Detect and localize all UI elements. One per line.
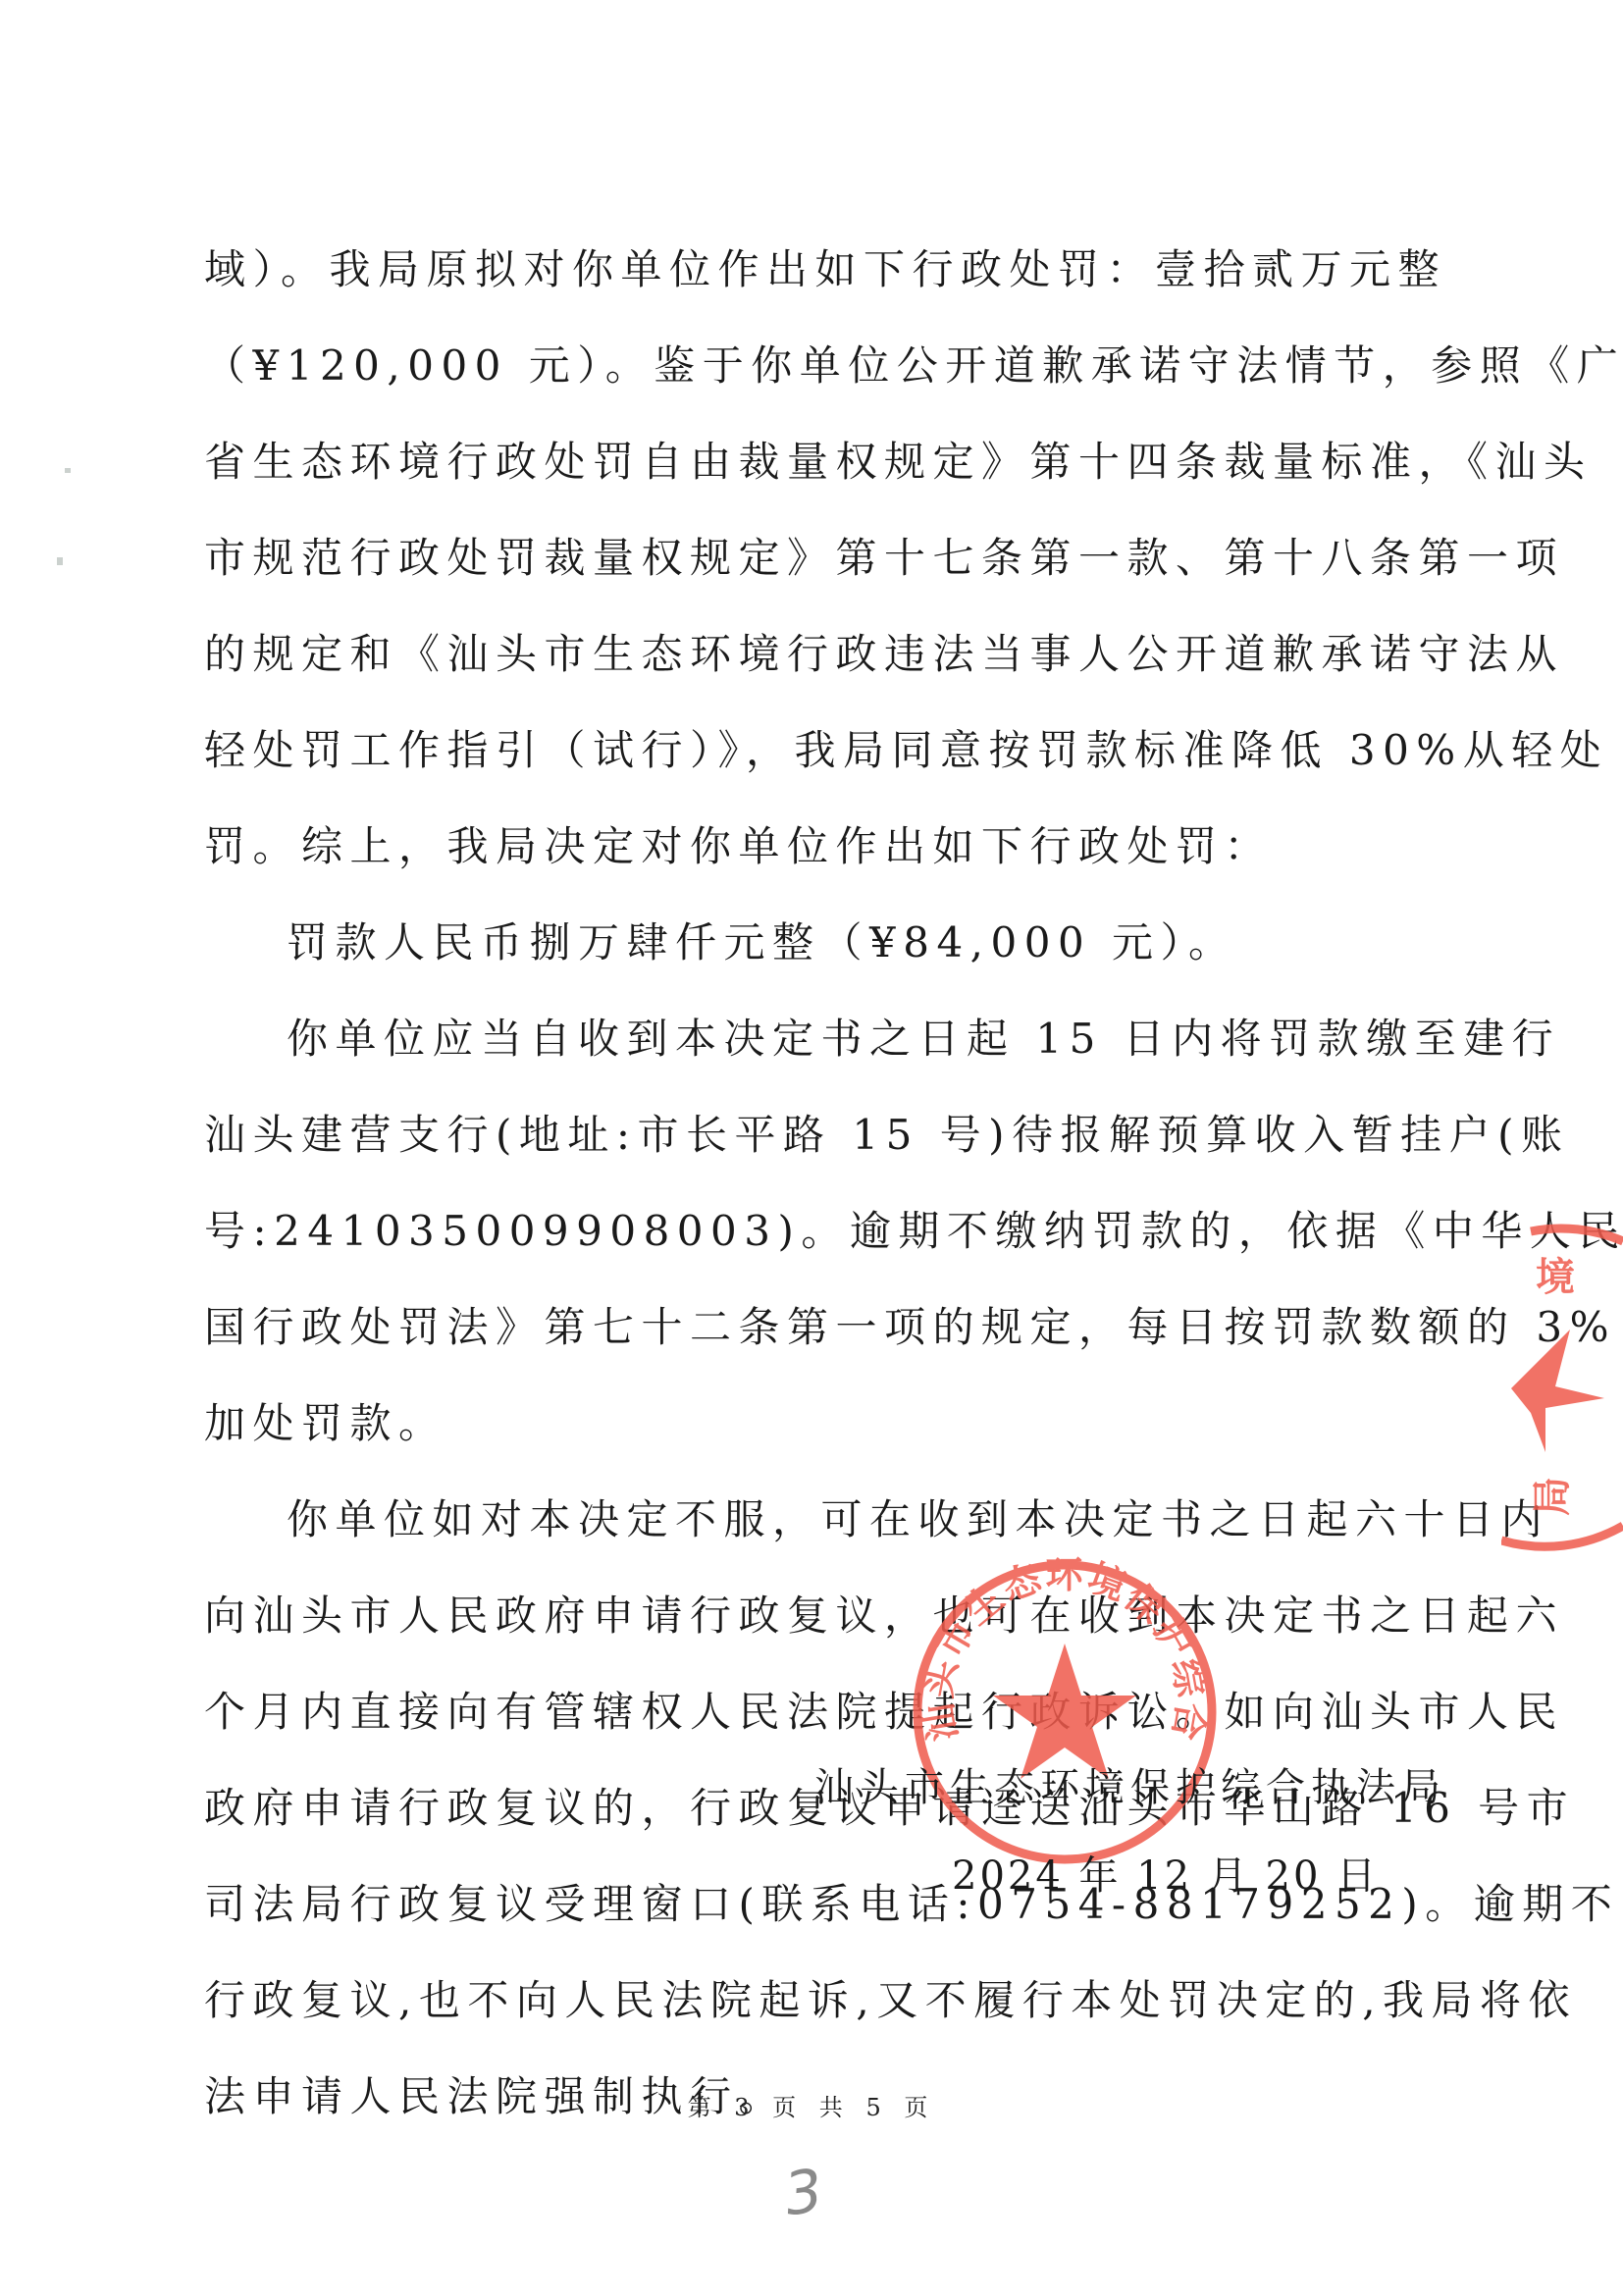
issue-date: 2024 年 12 月 20 日 (952, 1845, 1379, 1901)
handwritten-page-mark: 3 (780, 2157, 827, 2230)
body-line: 向汕头市人民政府申请行政复议，也可在收到本决定书之日起六 (204, 1568, 1421, 1664)
issuer-name: 汕头市生态环境保护综合执法局 (814, 1765, 1446, 1810)
body-line: 轻处罚工作指引（试行）》，我局同意按罚款标准降低 30%从轻处 (204, 703, 1421, 799)
body-line: 市规范行政处罚裁量权规定》第十七条第一款、第十八条第一项 (204, 510, 1421, 606)
issuer-signature: 汕头市生态环境保护综合执法局 (814, 1756, 1423, 1812)
page-footer: 第 3 页 共 5 页 (0, 2088, 1623, 2122)
scan-speck (57, 557, 63, 565)
body-line: 省生态环境行政处罚自由裁量权规定》第十四条裁量标准，《汕头 (204, 414, 1421, 510)
body-line: （¥120,000 元）。鉴于你单位公开道歉承诺守法情节，参照《广东 (204, 318, 1421, 414)
page-number: 第 3 页 共 5 页 (688, 2094, 936, 2121)
body-line: 号:241035009908003)。逾期不缴纳罚款的，依据《中华人民共和 (204, 1183, 1421, 1279)
body-line: 的规定和《汕头市生态环境行政违法当事人公开道歉承诺守法从 (204, 606, 1421, 703)
body-line: 汕头建营支行(地址:市长平路 15 号)待报解预算收入暂挂户(账 (204, 1087, 1421, 1183)
body-line: 你单位应当自收到本决定书之日起 15 日内将罚款缴至建行 (204, 991, 1421, 1087)
penalty-amount-line: 罚款人民币捌万肆仟元整（¥84,000 元）。 (204, 895, 1421, 991)
body-line: 国行政处罚法》第七十二条第一项的规定，每日按罚款数额的 3% (204, 1279, 1421, 1376)
issue-date-text: 2024 年 12 月 20 日 (952, 1853, 1379, 1899)
scan-speck (65, 468, 71, 473)
body-line: 行政复议,也不向人民法院起诉,又不履行本处罚决定的,我局将依 (204, 1953, 1421, 2049)
body-line: 你单位如对本决定不服，可在收到本决定书之日起六十日内 (204, 1472, 1421, 1568)
document-page: 域）。我局原拟对你单位作出如下行政处罚：壹拾贰万元整 （¥120,000 元）。… (0, 0, 1623, 2296)
body-line: 罚。综上，我局决定对你单位作出如下行政处罚： (204, 799, 1421, 895)
body-line: 个月内直接向有管辖权人民法院提起行政诉讼。如向汕头市人民 (204, 1664, 1421, 1760)
body-line: 加处罚款。 (204, 1376, 1421, 1472)
svg-text:境: 境 (1536, 1255, 1575, 1300)
body-line: 域）。我局原拟对你单位作出如下行政处罚：壹拾贰万元整 (204, 222, 1421, 318)
